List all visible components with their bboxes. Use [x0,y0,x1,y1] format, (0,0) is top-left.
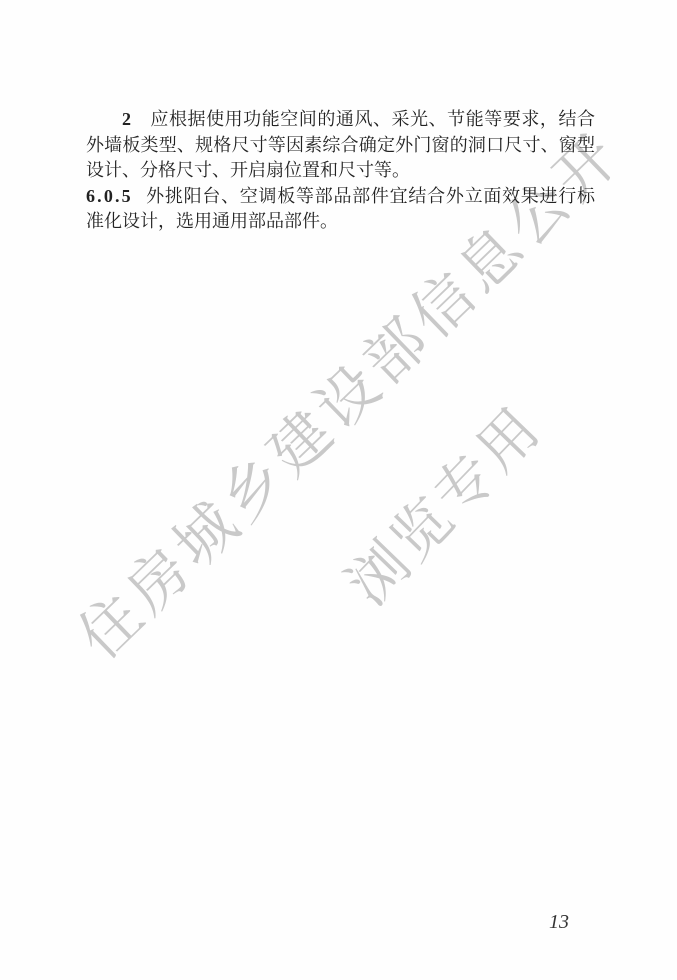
paragraph-clause-6-0-5: 6.0.5外挑阳台、空调板等部品部件宜结合外立面效果进行标准化设计，选用通用部品… [86,184,595,235]
page-number: 13 [549,911,569,934]
clause-text-6-0-5: 外挑阳台、空调板等部品部件宜结合外立面效果进行标准化设计，选用通用部品部件。 [86,186,595,232]
watermark-secondary-text: 浏览专用 [325,384,558,621]
document-page: 住房城乡建设部信息公开 浏览专用 2应根据使用功能空间的通风、采光、节能等要求，… [0,0,677,980]
clause-number-6-0-5: 6.0.5 [86,186,133,206]
clause-number-2: 2 [122,109,131,129]
body-text: 2应根据使用功能空间的通风、采光、节能等要求，结合外墙板类型、规格尺寸等因素综合… [86,107,595,235]
clause-text-2: 应根据使用功能空间的通风、采光、节能等要求，结合外墙板类型、规格尺寸等因素综合确… [86,109,595,180]
paragraph-item-2: 2应根据使用功能空间的通风、采光、节能等要求，结合外墙板类型、规格尺寸等因素综合… [86,107,595,184]
